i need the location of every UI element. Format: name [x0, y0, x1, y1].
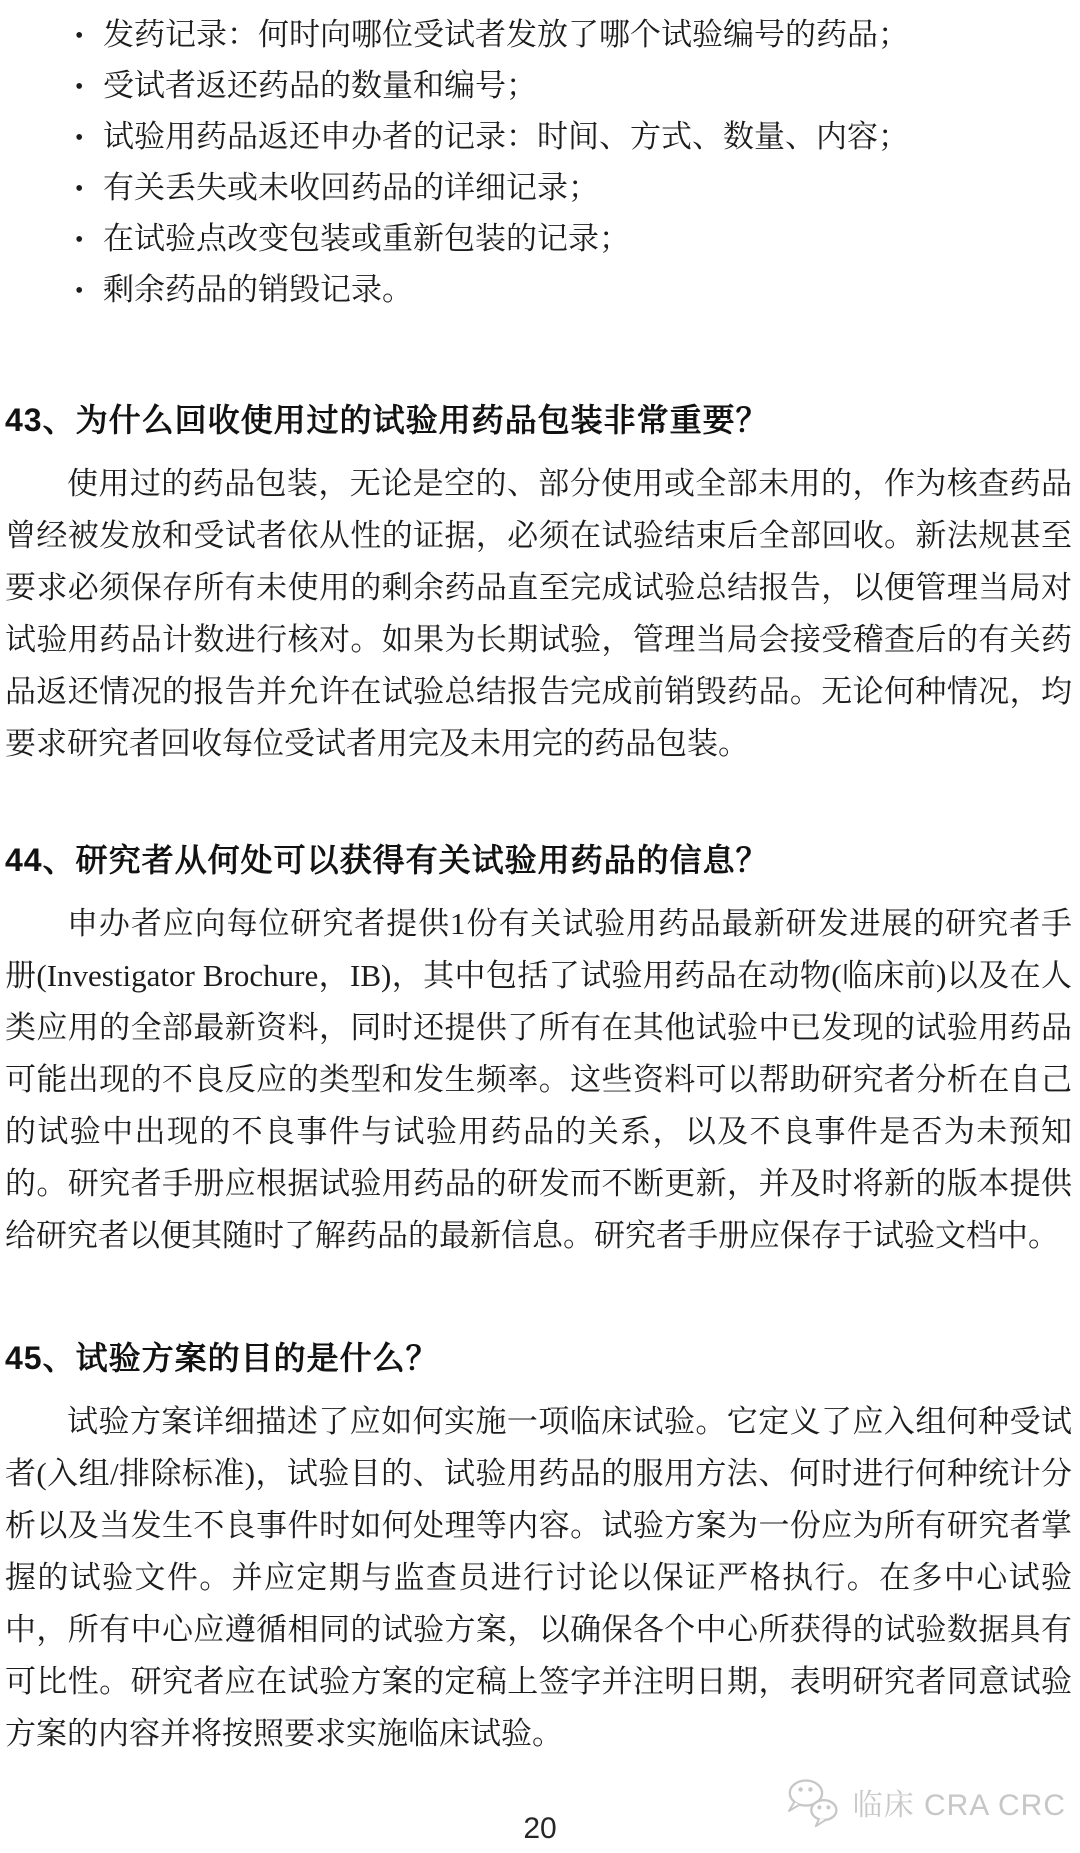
question-section-44: 44、研究者从何处可以获得有关试验用药品的信息？ 申办者应向每位研究者提供1份有… — [5, 840, 1072, 1262]
answer-paragraph: 试验方案详细描述了应如何实施一项临床试验。它定义了应入组何种受试者(入组/排除标… — [5, 1396, 1072, 1760]
list-item: •发药记录：何时向哪位受试者发放了哪个试验编号的药品； — [75, 10, 1072, 61]
bullet-icon: • — [75, 11, 103, 61]
bullet-icon: • — [75, 113, 103, 163]
list-item-text: 剩余药品的销毁记录。 — [103, 272, 413, 307]
list-item-text: 发药记录：何时向哪位受试者发放了哪个试验编号的药品； — [103, 17, 909, 52]
question-heading: 45、试验方案的目的是什么？ — [5, 1338, 1072, 1378]
question-section-45: 45、试验方案的目的是什么？ 试验方案详细描述了应如何实施一项临床试验。它定义了… — [5, 1338, 1072, 1760]
list-item-text: 受试者返还药品的数量和编号； — [103, 68, 537, 103]
list-item: •受试者返还药品的数量和编号； — [75, 61, 1072, 112]
list-item: •剩余药品的销毁记录。 — [75, 265, 1072, 316]
page-number: 20 — [0, 1812, 1080, 1846]
list-item: •在试验点改变包装或重新包装的记录； — [75, 214, 1072, 265]
list-item-text: 在试验点改变包装或重新包装的记录； — [103, 221, 630, 256]
answer-paragraph: 使用过的药品包装，无论是空的、部分使用或全部未用的，作为核查药品曾经被发放和受试… — [5, 458, 1072, 770]
list-item-text: 试验用药品返还申办者的记录：时间、方式、数量、内容； — [103, 119, 909, 154]
bullet-icon: • — [75, 266, 103, 316]
bullet-icon: • — [75, 164, 103, 214]
list-item: •有关丢失或未收回药品的详细记录； — [75, 163, 1072, 214]
list-item: •试验用药品返还申办者的记录：时间、方式、数量、内容； — [75, 112, 1072, 163]
bullet-list: •发药记录：何时向哪位受试者发放了哪个试验编号的药品； •受试者返还药品的数量和… — [5, 10, 1072, 316]
answer-paragraph: 申办者应向每位研究者提供1份有关试验用药品最新研发进展的研究者手册(Invest… — [5, 898, 1072, 1262]
document-page: •发药记录：何时向哪位受试者发放了哪个试验编号的药品； •受试者返还药品的数量和… — [0, 0, 1080, 1853]
question-heading: 43、为什么回收使用过的试验用药品包装非常重要？ — [5, 400, 1072, 440]
bullet-icon: • — [75, 215, 103, 265]
question-heading: 44、研究者从何处可以获得有关试验用药品的信息？ — [5, 840, 1072, 880]
list-item-text: 有关丢失或未收回药品的详细记录； — [103, 170, 599, 205]
bullet-icon: • — [75, 62, 103, 112]
question-section-43: 43、为什么回收使用过的试验用药品包装非常重要？ 使用过的药品包装，无论是空的、… — [5, 400, 1072, 770]
